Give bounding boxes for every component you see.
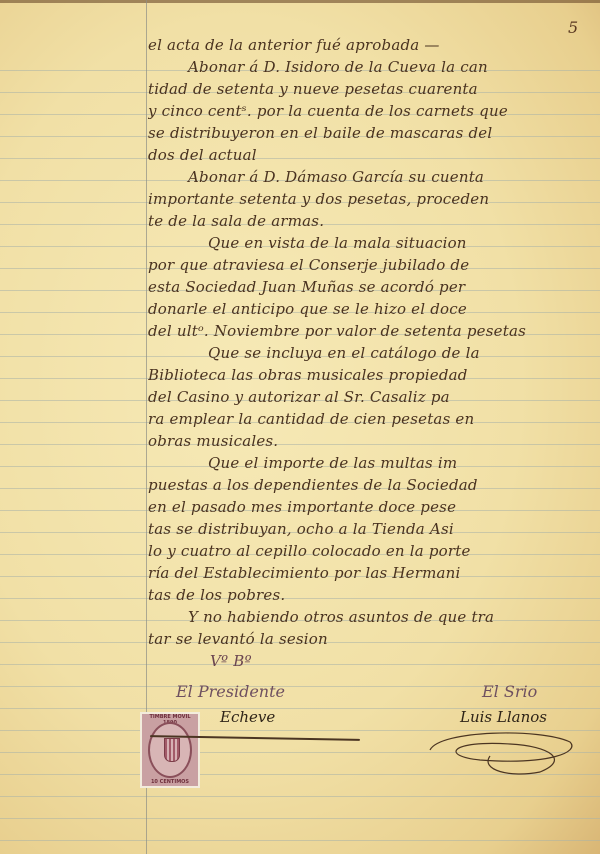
- text-line: importante setenta y dos pesetas, proced…: [148, 188, 588, 210]
- text-line: ra emplear la cantidad de cien pesetas e…: [148, 408, 588, 430]
- text-line: el acta de la anterior fué aprobada —: [148, 34, 588, 56]
- text-line: lo y cuatro al cepillo colocado en la po…: [148, 540, 588, 562]
- text-line: Y no habiendo otros asuntos de que tra: [148, 606, 588, 628]
- text-line: Abonar á D. Isidoro de la Cueva la can: [148, 56, 588, 78]
- president-title: El Presidente: [176, 682, 285, 701]
- stamp-coat-of-arms: [148, 722, 192, 778]
- text-line: te de la sala de armas.: [148, 210, 588, 232]
- text-line: del ultᵒ. Noviembre por valor de setenta…: [148, 320, 588, 342]
- ruled-line: [0, 840, 600, 841]
- text-line: Abonar á D. Dámaso García su cuenta: [148, 166, 588, 188]
- stamp-bottom-text: 10 CENTIMOS: [142, 779, 198, 785]
- text-line: y cinco centˢ. por la cuenta de los carn…: [148, 100, 588, 122]
- secretary-title: El Srio: [482, 682, 537, 701]
- text-line: tas se distribuyan, ocho a la Tienda Asi: [148, 518, 588, 540]
- text-line: esta Sociedad Juan Muñas se acordó per: [148, 276, 588, 298]
- ruled-line: [0, 818, 600, 819]
- handwritten-minutes-text: el acta de la anterior fué aprobada —Abo…: [148, 34, 588, 672]
- text-line: Que en vista de la mala situacion: [148, 232, 588, 254]
- text-line: se distribuyeron en el baile de mascaras…: [148, 122, 588, 144]
- revenue-stamp: TIMBRE MOVIL 1890 10 CENTIMOS: [140, 712, 200, 788]
- text-line: Vº Bº: [148, 650, 588, 672]
- ruled-line: [0, 796, 600, 797]
- text-line: Biblioteca las obras musicales propiedad: [148, 364, 588, 386]
- text-line: tas de los pobres.: [148, 584, 588, 606]
- text-line: ría del Establecimiento por las Hermani: [148, 562, 588, 584]
- text-line: por que atraviesa el Conserje jubilado d…: [148, 254, 588, 276]
- text-line: puestas a los dependientes de la Socieda…: [148, 474, 588, 496]
- president-signature: Echeve: [220, 708, 275, 726]
- text-line: donarle el anticipo que se le hizo el do…: [148, 298, 588, 320]
- text-line: tar se levantó la sesion: [148, 628, 588, 650]
- text-line: Que el importe de las multas im: [148, 452, 588, 474]
- shield-icon: [164, 738, 180, 762]
- text-line: Que se incluya en el catálogo de la: [148, 342, 588, 364]
- secretary-flourish-icon: [420, 720, 580, 780]
- text-line: tidad de setenta y nueve pesetas cuarent…: [148, 78, 588, 100]
- text-line: obras musicales.: [148, 430, 588, 452]
- text-line: en el pasado mes importante doce pese: [148, 496, 588, 518]
- text-line: del Casino y autorizar al Sr. Casaliz pa: [148, 386, 588, 408]
- text-line: dos del actual: [148, 144, 588, 166]
